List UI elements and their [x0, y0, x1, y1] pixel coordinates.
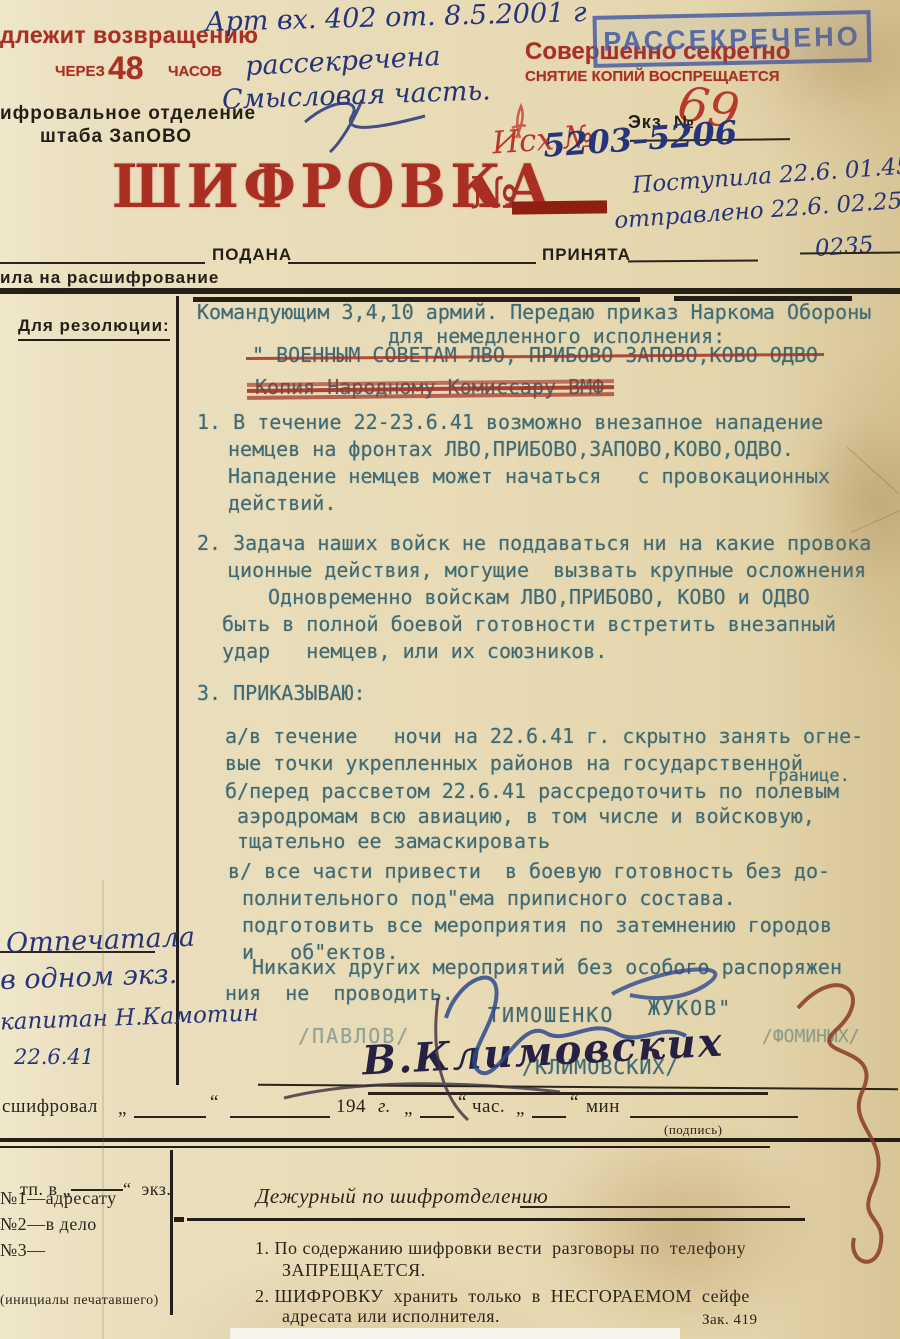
signature-zhukov: ЖУКОВ"	[648, 996, 732, 1020]
no-copies-label: СНЯТИЕ КОПИЙ ВОСПРЕЩАЕТСЯ	[525, 68, 780, 85]
hw-sent-time2: 0235	[814, 232, 874, 262]
hw-registration-note: Арт вх. 402 от. 8.5.2001 г	[205, 0, 587, 38]
quote-close-2: “	[458, 1092, 467, 1114]
crossed-text-1: " ВОЕННЫМ СОВЕТАМ ЛВО, ПРИБОВО ЗАПОВО,КО…	[252, 343, 818, 367]
declassified-stamp: РАССЕКРЕЧЕНО	[592, 10, 871, 68]
para-b-line2: аэродромам всю авиацию, в том числе и во…	[237, 804, 815, 828]
rule1-line1: 1. По содержанию шифровки вести разговор…	[255, 1238, 746, 1259]
blank-line-1	[134, 1116, 206, 1118]
copy1-label: №1—адресату	[0, 1188, 117, 1209]
para-b-line1: б/перед рассветом 22.6.41 рассредоточить…	[225, 779, 839, 803]
final-line1: Никаких других мероприятий без особого р…	[252, 955, 842, 979]
hours-label: час.	[472, 1096, 505, 1118]
podana-label: ПОДАНА	[212, 245, 292, 265]
para-v-line3: подготовить все мероприятия по затемнени…	[242, 913, 832, 937]
body-crossed-line1: " ВОЕННЫМ СОВЕТАМ ЛВО, ПРИБОВО ЗАПОВО,КО…	[252, 343, 818, 367]
duty-thick-tick	[174, 1217, 184, 1222]
podana-line-left	[0, 262, 205, 264]
para-a-line1: а/в течение ночи на 22.6.41 г. скрытно з…	[225, 724, 863, 748]
blank-line-3	[420, 1116, 454, 1118]
year-g-label: г.	[378, 1096, 391, 1118]
para2-line2: ционные действия, могущие вызвать крупны…	[228, 558, 866, 582]
return-notice-through: ЧЕРЕЗ	[55, 63, 105, 80]
thick-rule-top	[0, 288, 900, 294]
rule1-line2: ЗАПРЕЩАЕТСЯ.	[282, 1260, 426, 1281]
para2-line5: удар немцев, или их союзников.	[222, 639, 607, 663]
para1-line4: действий.	[228, 491, 336, 515]
thick-rule-footer2	[0, 1146, 770, 1148]
para2-line3: Одновременно войскам ЛВО,ПРИБОВО, КОВО и…	[268, 585, 810, 609]
duty-officer-line	[520, 1206, 790, 1208]
para1-line1: 1. В течение 22-23.6.41 возможно внезапн…	[197, 410, 823, 434]
quote-close-1: “	[210, 1092, 219, 1114]
blank-line-2	[230, 1116, 330, 1118]
para2-line4: быть в полной боевой готовности встретит…	[222, 612, 836, 636]
rule2-line1: 2. ШИФРОВКУ хранить только в НЕСГОРАЕМОМ…	[255, 1286, 750, 1307]
signature-rule1	[258, 1084, 898, 1090]
hw-printed-note-date: 22.6.41	[14, 1045, 94, 1069]
return-notice-hours: 48	[108, 50, 144, 87]
hw-semantic-part-note: Смысловая часть.	[222, 75, 492, 115]
para-v-line1: в/ все части привести в боевую готовност…	[228, 859, 830, 883]
quote-open-3: „	[516, 1098, 525, 1120]
signature-rule2	[368, 1092, 768, 1095]
para1-line2: немцев на фронтах ЛВО,ПРИБОВО,ЗАПОВО,КОВ…	[228, 437, 794, 461]
document-paper: длежит возвращению ЧЕРЕЗ 48 ЧАСОВ ифрова…	[0, 0, 900, 1339]
signature-fominykh: /ФОМИНЫХ/	[762, 1026, 860, 1047]
form-title-no: №	[470, 168, 518, 219]
para1-line3: Нападение немцев может начаться с провок…	[228, 464, 830, 488]
deciphered-label: сшифровал	[2, 1096, 98, 1118]
duty-thick-rule	[187, 1218, 805, 1221]
hw-printed-note1: Отпечатала	[6, 922, 196, 960]
hw-printed-note2: в одном экз.	[0, 959, 178, 996]
crack-line-1	[847, 447, 900, 495]
declassified-stamp-text: РАССЕКРЕЧЕНО	[603, 21, 861, 56]
para2-line1: 2. Задача наших войск не поддаваться ни …	[197, 531, 871, 555]
paper-fold-line	[102, 880, 104, 1339]
hw-declassified-note: рассекречена	[244, 41, 441, 82]
blank-line-5	[630, 1116, 798, 1118]
prinyata-line	[628, 260, 758, 263]
rule2-line2: адресата или исполнителя.	[282, 1306, 500, 1327]
copy2-label: №2—в дело	[0, 1214, 97, 1235]
para-v-line2: полнительного под"ема приписного состава…	[242, 886, 736, 910]
year-prefix: 194	[336, 1096, 366, 1118]
podana-line-mid	[288, 262, 536, 264]
duty-officer-label: Дежурный по шифротделению	[256, 1184, 548, 1209]
decipher-row-label: ила на расшифрование	[0, 268, 219, 288]
dept-line2: штаба ЗапОВО	[40, 126, 192, 148]
return-notice-hours-label: ЧАСОВ	[168, 63, 222, 80]
signature-caption: (подпись)	[664, 1122, 722, 1138]
para-b-line3: тщательно ее замаскировать	[237, 829, 550, 853]
para-a-line2: вые точки укрепленных районов на государ…	[225, 751, 803, 775]
body-crossed-line2: Копия Народному Комиссару ВМФ	[255, 375, 604, 399]
resolution-label: Для резолюции:	[18, 316, 170, 341]
final-line2: ния не проводить.	[225, 981, 454, 1005]
print-order-number: Зак. 419	[702, 1312, 757, 1329]
dept-line1: ифровальное отделение	[0, 103, 256, 125]
crack-line-2	[850, 508, 900, 533]
para3-heading: 3. ПРИКАЗЫВАЮ:	[197, 681, 366, 705]
blank-line-4	[532, 1116, 566, 1118]
title-number-bar	[512, 200, 607, 214]
scan-strip-bottom	[230, 1328, 680, 1339]
initials-caption: (инициалы печатавшего)	[0, 1293, 159, 1309]
quote-open-1: „	[118, 1098, 127, 1120]
hw-printed-note3: капитан Н.Камотин	[0, 1000, 259, 1035]
crossed-text-2: Копия Народному Комиссару ВМФ	[255, 375, 604, 399]
copy3-label: №3—	[0, 1240, 46, 1261]
thick-rule-footer1	[0, 1138, 900, 1142]
quote-close-3: “	[570, 1092, 579, 1114]
otp-label2: “ экз.	[123, 1179, 171, 1199]
prinyata-label: ПРИНЯТА	[542, 245, 631, 265]
minutes-label: мин	[586, 1096, 620, 1118]
body-address-line1: Командующим 3,4,10 армий. Передаю приказ…	[197, 300, 871, 324]
signature-timoshenko: ТИМОШЕНКО	[488, 1003, 614, 1027]
quote-open-2: „	[404, 1098, 413, 1120]
